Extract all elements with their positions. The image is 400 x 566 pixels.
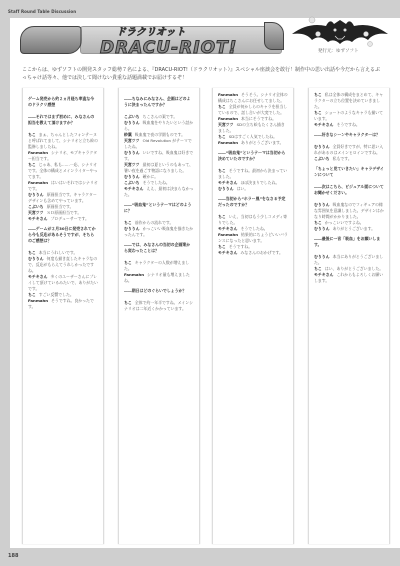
speaker-text: かっこいいですよね。	[325, 220, 364, 225]
speaker-name: 天宮ツツ	[218, 122, 234, 127]
speaker-name: むりりん	[124, 120, 140, 125]
logo-kana: ドラクリオット	[116, 23, 186, 38]
speaker-name: ちこ	[28, 292, 36, 297]
speaker-text: ちこさんの案です。	[143, 114, 178, 119]
interview-line: ちこ全員が何かしらのキャラを担当しているので、話し合いが大変でした。	[218, 104, 288, 116]
interview-line: むりりんはい。	[218, 186, 288, 192]
interview-line: むりりん全員好きですが、特に思い入れがあるのはメインヒロインですね。	[314, 144, 384, 156]
speaker-name: ちこ	[314, 92, 322, 97]
speaker-name: 天宮ツツ	[124, 162, 140, 167]
speaker-name: Fanmahn	[28, 180, 48, 185]
speaker-name: 天宮ツツ	[28, 210, 44, 215]
speaker-text: はい、ありがとうございました。	[325, 266, 383, 271]
speaker-name: こぶいち	[28, 204, 44, 209]
column-1: ゲーム発売から約２ヵ月経ち率直な今のドラクリ感想――それではまず初めに、みなさん…	[22, 88, 104, 544]
interview-line: ちこ私は全体の構成をまとめて、キャラクターの立ち位置を決めていきました。	[314, 92, 384, 110]
logo-title: DRACU-RIOT!	[100, 38, 237, 58]
speaker-text: ありがとうございます。	[333, 226, 375, 231]
interview-line: むりりんありがとうございます。	[314, 226, 384, 232]
speaker-name: ちこ	[314, 110, 322, 115]
speaker-text: 本当にそうですね。	[241, 116, 276, 121]
speaker-name: モチキさん	[28, 274, 47, 279]
speaker-name: ちこ	[314, 220, 322, 225]
interview-question: ――“吸血鬼”というテーマはどのように？	[124, 202, 194, 214]
speaker-name: ちこ	[28, 250, 36, 255]
speaker-name: ちこ	[28, 162, 36, 167]
speaker-name: ちこ	[124, 300, 132, 305]
speaker-name: Fanmahn	[218, 116, 238, 121]
speaker-text: ほぼ決まりでしたね。	[240, 180, 279, 185]
interview-line: こぶいち私もです。	[314, 156, 384, 162]
speaker-name: Fanmahn	[124, 272, 144, 277]
speaker-name: Fanmahn	[218, 232, 238, 237]
speaker-name: むりりん	[28, 192, 44, 197]
interview-line: Fanmahn結果的にちょうどいいバランスになったと思います。	[218, 232, 288, 244]
speaker-text: 本当にうれしいです。	[39, 250, 78, 255]
interview-question: ゲーム発売から約２ヵ月経ち率直な今のドラクリ感想	[28, 96, 98, 108]
speaker-text: すごい反響でした。	[39, 292, 74, 297]
interview-line: モチキさんそうですね。	[314, 122, 384, 128]
speaker-name: ちこ	[218, 168, 226, 173]
speaker-name: むりりん	[314, 254, 330, 259]
speaker-text: そうですね。最初から決まっていました。	[218, 168, 287, 179]
bat-icon	[290, 14, 390, 48]
speaker-name: モチキさん	[28, 216, 47, 221]
interview-question: 「ちょっと見ていきたい」キャラデザインについて	[314, 166, 384, 178]
speaker-name: モチキさん	[218, 180, 237, 185]
speaker-text: 私は全体の構成をまとめて、キャラクターの立ち位置を決めていきました。	[314, 92, 383, 109]
speaker-name: むりりん	[314, 202, 330, 207]
speaker-text: 吸血鬼で夜の学園ものです。	[135, 132, 185, 137]
speaker-name: むりりん	[218, 186, 234, 191]
speaker-text: そうですね。	[336, 122, 359, 127]
column-3: Fanmahnそうそう。シナリオ全体の構成はちこさんにお任せしてました。ちこ全員…	[212, 88, 294, 544]
speaker-name: こぶいち	[314, 156, 330, 161]
speaker-text: ショートのようなキャラも描いています。	[314, 110, 383, 121]
interview-question: ――それではまず初めに、みなさんの担当を教えて頂けますか？	[28, 114, 98, 126]
interview-line: むりりん何度も描き直したキャラなので、反応がもらえてうれしかったですね。	[28, 256, 98, 274]
interview-question: ――では、みなさんの当初の企画案から変わったことは？	[124, 242, 194, 254]
speaker-name: ちこ	[218, 104, 226, 109]
interview-line: むりりん原画担当です。キャラクターデザインも含めてやっています。	[28, 192, 98, 204]
speaker-text: はい。	[237, 186, 249, 191]
section-label: Staff Round Table Discussion	[8, 9, 76, 14]
interview-line: モチキさん多くのユーザーさんにプレイして頂けているみたいで、ありがたいです。	[28, 274, 98, 292]
interview-line: 天宮ツツOld Revolution がテーマでしたね。	[124, 138, 194, 150]
speaker-text: ありがとうございます。	[241, 140, 283, 145]
speaker-text: 前作からの流れです。	[135, 220, 174, 225]
speaker-name: Fanmahn	[28, 150, 48, 155]
speaker-name: ちこ	[218, 244, 226, 249]
column-4: ちこ私は全体の構成をまとめて、キャラクターの立ち位置を決めていきました。ちこショ…	[308, 88, 390, 544]
interview-line: Fanmahnありがとうございます。	[218, 140, 288, 146]
speaker-name: ちこ	[218, 214, 226, 219]
speaker-text: いえ、当初はもう少しコメディ寄りでした。	[218, 214, 287, 225]
speaker-text: 私もです。	[333, 156, 352, 161]
interview-line: モチキさんええ、最初は決まらなかった。	[124, 186, 194, 198]
interview-line: ちこキャラクターの人数が増えました。	[124, 260, 194, 272]
interview-line: むりりん吸血鬼なのでフィギュアの様な雰囲気を意識しました。デザインはかなり時間が…	[314, 202, 384, 220]
interview-line: モチキさんこれからもよろしくお願いします。	[314, 272, 384, 284]
interview-line: ちこまぁ、ちゃんとしたフォンテーヌと呼ばれてまして、シナリオと立ち絵の監修しまし…	[28, 132, 98, 150]
speaker-name: むりりん	[314, 144, 330, 149]
interview-line: むりりんいいですね、吸血鬼は好きです。	[124, 150, 194, 162]
speaker-text: ＳＤ原画担当です。	[47, 210, 82, 215]
interview-line: モチキさんプロデューサーです。	[28, 216, 98, 222]
interview-line: 天宮ツツSDの立ち絵もたくさん描きました。	[218, 122, 288, 134]
speaker-text: まぁ、ちゃんとしたフォンテーヌと呼ばれてまして、シナリオと立ち絵の監修しましたね…	[28, 132, 98, 149]
interview-question: ――期日はどのぐらいでしょうか？	[124, 288, 194, 294]
interview-question: ――好きなシーンやキャラクターは？	[314, 132, 384, 138]
speaker-text: 原画担当です。	[47, 204, 74, 209]
interview-line: ちこそうですね。最初から決まっていました。	[218, 168, 288, 180]
speaker-text: そうですね。	[229, 244, 252, 249]
speaker-text: そうでしたね。	[240, 226, 267, 231]
interview-line: Fanmahnそうそう。シナリオ全体の構成はちこさんにお任せしてました。	[218, 92, 288, 104]
interview-question: ――最後に一言「吸血」をお願いします。	[314, 236, 384, 248]
interview-line: ちこショートのようなキャラも描いています。	[314, 110, 384, 122]
speaker-name: ちこ	[28, 132, 36, 137]
page-number: 188	[8, 553, 18, 559]
speaker-text: みなさんのおかげです。	[240, 250, 282, 255]
logo-wing-left	[20, 26, 82, 54]
speaker-name: むりりん	[314, 226, 330, 231]
speaker-name: ちこ	[124, 220, 132, 225]
interview-line: ちこ全体で約一年半ですね。メインシナリオは二年近くかかっています。	[124, 300, 194, 312]
speaker-text: 全体で約一年半ですね。メインシナリオは二年近くかかっています。	[124, 300, 193, 311]
speaker-name: モチキさん	[218, 250, 237, 255]
interview-line: モチキさんみなさんのおかげです。	[218, 250, 288, 256]
interview-line: Fanmahnそうですね。良かったです。	[28, 298, 98, 310]
dracu-riot-logo: ドラクリオット DRACU-RIOT!	[20, 22, 282, 58]
interview-question: ――当初から“ホラー風”をなさる予定だったのですか？	[218, 196, 288, 208]
speaker-name: モチキさん	[314, 122, 333, 127]
interview-line: Fanmahnはいはいそれではシナリオです。	[28, 180, 98, 192]
speaker-text: じゃあ、私も……一応、シナリオです。全体の構成とメインライターやってます。	[28, 162, 98, 179]
speaker-name: こぶいち	[124, 180, 140, 185]
interview-line: むりりんかっこいい吸血鬼を描きたかったんです。	[124, 226, 194, 238]
speaker-text: SDはすごく人気でしたね。	[229, 134, 277, 139]
column-2: ――ちなみにみなさん、企画はどのように決まったんですか？こぶいちちこさんの案です…	[118, 88, 200, 544]
interview-line: ちこじゃあ、私も……一応、シナリオです。全体の構成とメインライターやってます。	[28, 162, 98, 180]
speaker-name: むりりん	[124, 150, 140, 155]
interview-line: むりりん吸血鬼をやりたいという話から。	[124, 120, 194, 132]
speaker-name: Fanmahn	[218, 140, 238, 145]
logo-wing-right	[264, 22, 284, 50]
speaker-name: こぶいち	[124, 114, 140, 119]
speaker-text: プロデューサーです。	[50, 216, 88, 221]
speaker-name: Fanmahn	[218, 92, 238, 97]
speaker-text: そうでしたね。	[143, 180, 170, 185]
speaker-name: モチキさん	[314, 272, 333, 277]
speaker-text: 確かに。	[143, 174, 159, 179]
speaker-name: 紗葉	[124, 132, 132, 137]
interview-line: 天宮ツツ最初は夏というのもあって、暑い夜を過ごす物語になりました。	[124, 162, 194, 174]
interview-question: ――ちなみにみなさん、企画はどのように決まったんですか？	[124, 96, 194, 108]
intro-paragraph: ここからは、ゆずソフトの開発スタッフ総勢７名による、『DRACU-RIOT!（ド…	[22, 66, 382, 82]
interview-question: ――次はこちら、ビジュアル面についてお聞かせください。	[314, 184, 384, 196]
interview-question: ――“吸血鬼”というテーマは当初から決めていたのですか？	[218, 150, 288, 162]
interview-question: ――ゲームが２月30日に発売されてから今も反応があるそうですが、そちらのご感想は…	[28, 226, 98, 244]
speaker-name: Fanmahn	[28, 298, 48, 303]
speaker-name: むりりん	[124, 226, 140, 231]
speaker-name: モチキさん	[124, 186, 143, 191]
speaker-name: ちこ	[314, 266, 322, 271]
speaker-name: むりりん	[28, 256, 44, 261]
interview-line: Fanmahnシナリオ、モブキャラクター担当です。	[28, 150, 98, 162]
speaker-text: 全員が何かしらのキャラを担当しているので、話し合いが大変でした。	[218, 104, 287, 115]
speaker-name: ちこ	[124, 260, 132, 265]
speaker-text: キャラクターの人数が増えました。	[124, 260, 189, 271]
interview-line: むりりん本当にありがとうございました。	[314, 254, 384, 266]
interview-line: ちこいえ、当初はもう少しコメディ寄りでした。	[218, 214, 288, 226]
publisher-label: 発行元：ゆずソフト	[318, 48, 359, 54]
speaker-name: むりりん	[124, 174, 140, 179]
speaker-name: 天宮ツツ	[124, 138, 140, 143]
speaker-name: ちこ	[218, 134, 226, 139]
speaker-name: モチキさん	[218, 226, 237, 231]
interview-line: Fanmahnシナリオ量も増えましたね。	[124, 272, 194, 284]
